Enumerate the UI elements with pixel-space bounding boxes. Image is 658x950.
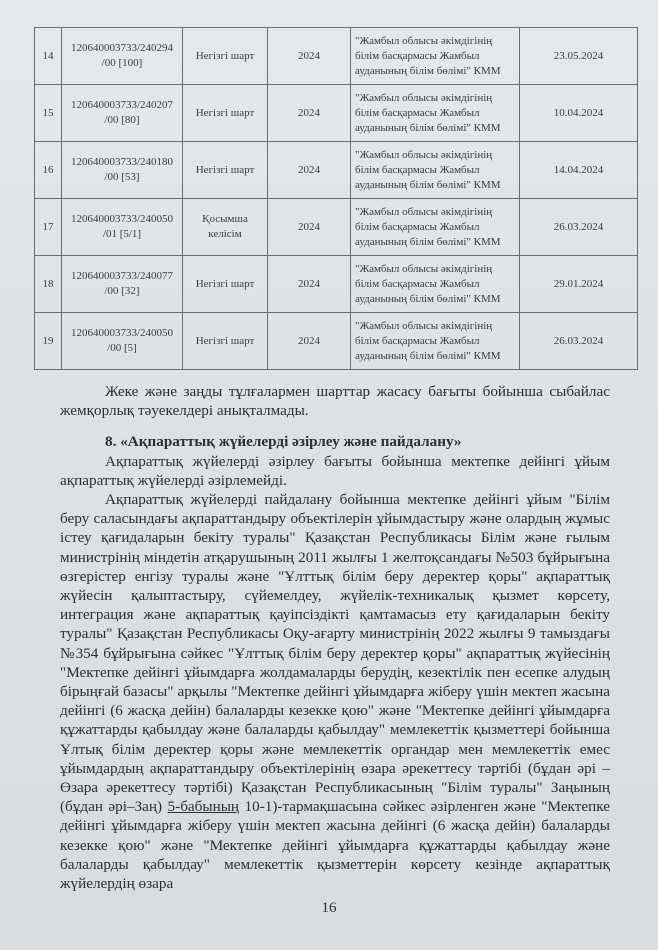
contract-type: Негізгі шарт (183, 142, 268, 199)
contract-date: 29.01.2024 (520, 256, 638, 313)
contract-date: 10.04.2024 (520, 85, 638, 142)
contract-type: Негізгі шарт (183, 85, 268, 142)
contract-organization: "Жамбыл облысы әкімдігініңбілім басқарма… (351, 313, 520, 370)
contract-id: 120640003733/240050/01 [5/1] (62, 199, 183, 256)
paragraph-development: Ақпараттық жүйелерді әзірлеу бағыты бойы… (60, 452, 610, 490)
contract-date: 14.04.2024 (520, 142, 638, 199)
table-row: 19 120640003733/240050/00 [5] Негізгі ша… (35, 313, 638, 370)
contract-type: Негізгі шарт (183, 313, 268, 370)
contract-date: 23.05.2024 (520, 28, 638, 85)
contract-year: 2024 (268, 85, 351, 142)
section-heading: 8. «Ақпараттық жүйелерді әзірлеу және па… (60, 432, 610, 451)
contract-id: 120640003733/240050/00 [5] (62, 313, 183, 370)
contract-year: 2024 (268, 313, 351, 370)
paragraph-usage: Ақпараттық жүйелерді пайдалану бойынша м… (60, 490, 610, 893)
contract-type: Негізгі шарт (183, 256, 268, 313)
row-number: 17 (35, 199, 62, 256)
contract-id: 120640003733/240180/00 [53] (62, 142, 183, 199)
document-page: 14 120640003733/240294/00 [100] Негізгі … (0, 0, 658, 950)
contract-id: 120640003733/240077/00 [32] (62, 256, 183, 313)
row-number: 16 (35, 142, 62, 199)
body-text: Жеке және заңды тұлғалармен шарттар жаса… (60, 382, 610, 893)
contract-date: 26.03.2024 (520, 313, 638, 370)
contract-type: Қосымша келісім (183, 199, 268, 256)
contract-id: 120640003733/240207/00 [80] (62, 85, 183, 142)
contract-id: 120640003733/240294/00 [100] (62, 28, 183, 85)
page-number: 16 (0, 900, 658, 917)
contract-year: 2024 (268, 142, 351, 199)
contract-organization: "Жамбыл облысы әкімдігініңбілім басқарма… (351, 28, 520, 85)
contract-year: 2024 (268, 28, 351, 85)
row-number: 18 (35, 256, 62, 313)
table-row: 14 120640003733/240294/00 [100] Негізгі … (35, 28, 638, 85)
contract-date: 26.03.2024 (520, 199, 638, 256)
row-number: 19 (35, 313, 62, 370)
contract-organization: "Жамбыл облысы әкімдігініңбілім басқарма… (351, 199, 520, 256)
contract-organization: "Жамбыл облысы әкімдігініңбілім басқарма… (351, 142, 520, 199)
contract-organization: "Жамбыл облысы әкімдігініңбілім басқарма… (351, 85, 520, 142)
contracts-table: 14 120640003733/240294/00 [100] Негізгі … (34, 27, 638, 370)
contract-type: Негізгі шарт (183, 28, 268, 85)
contract-year: 2024 (268, 256, 351, 313)
row-number: 14 (35, 28, 62, 85)
table-row: 15 120640003733/240207/00 [80] Негізгі ш… (35, 85, 638, 142)
table-row: 18 120640003733/240077/00 [32] Негізгі ш… (35, 256, 638, 313)
table-row: 17 120640003733/240050/01 [5/1] Қосымша … (35, 199, 638, 256)
contract-organization: "Жамбыл облысы әкімдігініңбілім басқарма… (351, 256, 520, 313)
row-number: 15 (35, 85, 62, 142)
paragraph-contracts-conclusion: Жеке және заңды тұлғалармен шарттар жаса… (60, 382, 610, 420)
law-article-link[interactable]: 5-бабының (168, 798, 240, 815)
contract-year: 2024 (268, 199, 351, 256)
table-row: 16 120640003733/240180/00 [53] Негізгі ш… (35, 142, 638, 199)
